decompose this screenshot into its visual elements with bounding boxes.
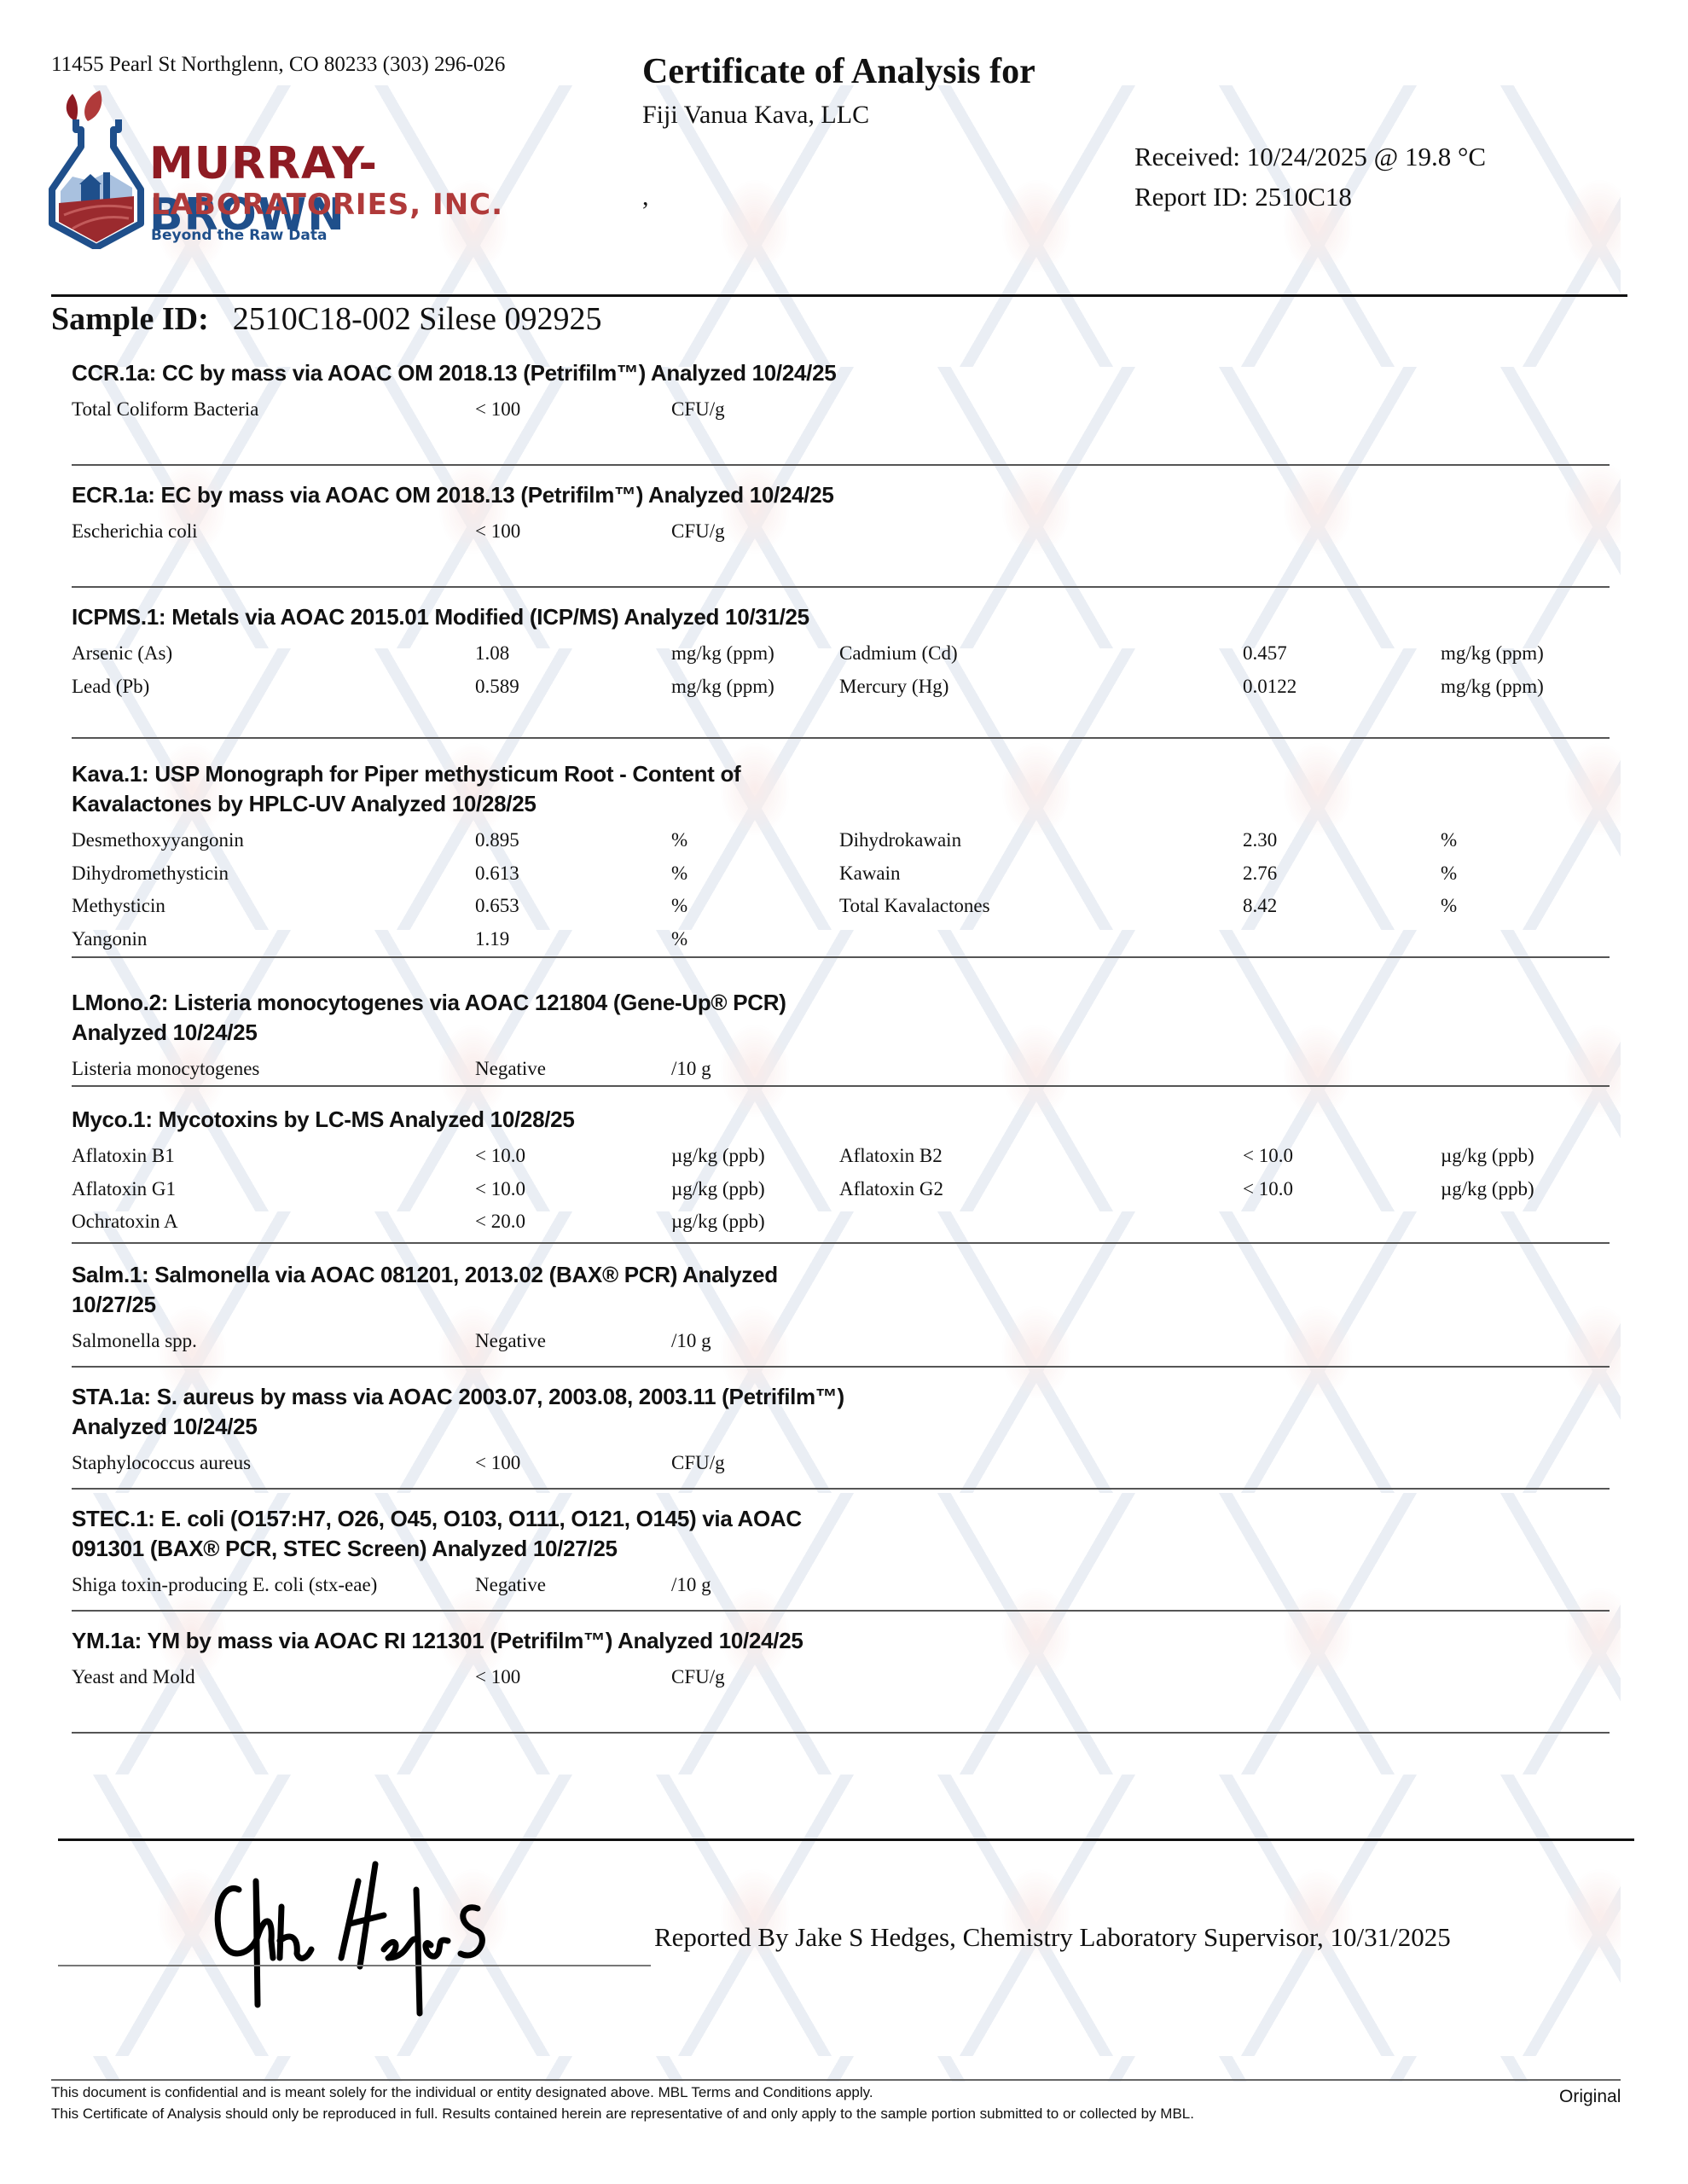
signature-line: [58, 1965, 651, 1966]
analyte-name: Total Kavalactones: [839, 890, 990, 923]
result-row: Salmonella spp.Negative/10 g: [72, 1325, 1607, 1358]
analyte-name: Mercury (Hg): [839, 671, 948, 704]
analyte-name: Escherichia coli: [72, 515, 198, 549]
analyte-name: Shiga toxin-producing E. coli (stx-eae): [72, 1569, 377, 1602]
result-value: 8.42: [1243, 890, 1277, 923]
result-unit: µg/kg (ppb): [671, 1140, 765, 1173]
reported-by: Reported By Jake S Hedges, Chemistry Lab…: [654, 1922, 1451, 1953]
test-section: ICPMS.1: Metals via AOAC 2015.01 Modifie…: [72, 602, 1607, 703]
test-section: CCR.1a: CC by mass via AOAC OM 2018.13 (…: [72, 358, 1607, 427]
test-section: Myco.1: Mycotoxins by LC-MS Analyzed 10/…: [72, 1105, 1607, 1239]
company-logo: MURRAY-BROWN LABORATORIES, INC. Beyond t…: [47, 87, 559, 249]
result-row: Dihydromethysticin0.613%Kawain2.76%: [72, 857, 1607, 891]
result-value: < 100: [475, 1661, 520, 1694]
document-status: Original: [1559, 2087, 1621, 2107]
test-method-heading: LMono.2: Listeria monocytogenes via AOAC…: [72, 988, 856, 1048]
lab-address: 11455 Pearl St Northglenn, CO 80233 (303…: [51, 53, 505, 77]
result-unit: %: [671, 857, 687, 891]
result-rows: Shiga toxin-producing E. coli (stx-eae)N…: [72, 1569, 1607, 1602]
analyte-name: Dihydrokawain: [839, 824, 961, 857]
result-value: < 10.0: [475, 1140, 525, 1173]
flask-farm-logo-icon: [47, 87, 149, 249]
sample-id-value: 2510C18-002 Silese 092925: [233, 301, 602, 337]
section-divider: [72, 956, 1610, 958]
analyte-name: Total Coliform Bacteria: [72, 393, 258, 427]
result-row: Ochratoxin A< 20.0µg/kg (ppb): [72, 1205, 1607, 1239]
result-rows: Total Coliform Bacteria< 100CFU/g: [72, 393, 1607, 427]
result-row: Yeast and Mold< 100CFU/g: [72, 1661, 1607, 1694]
result-rows: Desmethoxyyangonin0.895%Dihydrokawain2.3…: [72, 824, 1607, 955]
result-row: Escherichia coli< 100CFU/g: [72, 515, 1607, 549]
section-divider: [72, 1366, 1610, 1368]
section-divider: [72, 1732, 1610, 1734]
result-value: 2.76: [1243, 857, 1277, 891]
result-rows: Yeast and Mold< 100CFU/g: [72, 1661, 1607, 1694]
logo-subtitle: LABORATORIES, INC.: [151, 188, 503, 222]
result-rows: Aflatoxin B1< 10.0µg/kg (ppb)Aflatoxin B…: [72, 1140, 1607, 1239]
result-value: 0.653: [475, 890, 519, 923]
result-row: Lead (Pb)0.589mg/kg (ppm)Mercury (Hg)0.0…: [72, 671, 1607, 704]
report-id: Report ID: 2510C18: [1134, 182, 1352, 212]
result-value: < 100: [475, 393, 520, 427]
result-rows: Listeria monocytogenesNegative/10 g: [72, 1053, 1607, 1086]
result-value: < 100: [475, 515, 520, 549]
section-divider: [72, 737, 1610, 739]
analyte-name: Aflatoxin G2: [839, 1173, 943, 1206]
test-method-heading: Kava.1: USP Monograph for Piper methysti…: [72, 759, 856, 819]
analyte-name: Aflatoxin B1: [72, 1140, 175, 1173]
signature-icon: [205, 1856, 529, 2018]
result-value: Negative: [475, 1053, 546, 1086]
section-divider: [72, 1488, 1610, 1490]
result-unit: /10 g: [671, 1569, 711, 1602]
result-unit: CFU/g: [671, 393, 725, 427]
result-unit: %: [1441, 857, 1457, 891]
result-value: < 100: [475, 1447, 520, 1480]
client-name: Fiji Vanua Kava, LLC: [642, 101, 869, 130]
result-rows: Salmonella spp.Negative/10 g: [72, 1325, 1607, 1358]
analyte-name: Yeast and Mold: [72, 1661, 195, 1694]
analyte-name: Ochratoxin A: [72, 1205, 178, 1239]
footer-reproduction: This Certificate of Analysis should only…: [51, 2106, 1194, 2123]
test-method-heading: ICPMS.1: Metals via AOAC 2015.01 Modifie…: [72, 602, 856, 632]
result-unit: %: [671, 890, 687, 923]
section-divider: [72, 1610, 1610, 1612]
result-row: Aflatoxin B1< 10.0µg/kg (ppb)Aflatoxin B…: [72, 1140, 1607, 1173]
section-divider: [72, 1085, 1610, 1087]
test-method-heading: STEC.1: E. coli (O157:H7, O26, O45, O103…: [72, 1504, 856, 1564]
signoff-divider: [58, 1838, 1634, 1841]
result-unit: CFU/g: [671, 1447, 725, 1480]
analyte-name: Methysticin: [72, 890, 165, 923]
test-method-heading: STA.1a: S. aureus by mass via AOAC 2003.…: [72, 1382, 856, 1442]
sample-id: Sample ID:2510C18-002 Silese 092925: [51, 300, 602, 338]
analyte-name: Yangonin: [72, 923, 147, 956]
footer-divider: [51, 2079, 1621, 2081]
result-value: Negative: [475, 1325, 546, 1358]
result-value: 1.08: [475, 637, 509, 671]
received-info: Received: 10/24/2025 @ 19.8 °C: [1134, 142, 1486, 172]
result-value: 0.0122: [1243, 671, 1296, 704]
result-row: Listeria monocytogenesNegative/10 g: [72, 1053, 1607, 1086]
result-unit: CFU/g: [671, 1661, 725, 1694]
result-row: Desmethoxyyangonin0.895%Dihydrokawain2.3…: [72, 824, 1607, 857]
result-unit: CFU/g: [671, 515, 725, 549]
result-value: Negative: [475, 1569, 546, 1602]
logo-tagline: Beyond the Raw Data: [151, 227, 327, 244]
result-rows: Arsenic (As)1.08mg/kg (ppm)Cadmium (Cd)0…: [72, 637, 1607, 703]
sample-id-label: Sample ID:: [51, 301, 209, 337]
result-value: 0.613: [475, 857, 519, 891]
client-address: ,: [642, 183, 649, 212]
analyte-name: Cadmium (Cd): [839, 637, 958, 671]
result-unit: /10 g: [671, 1325, 711, 1358]
test-section: STA.1a: S. aureus by mass via AOAC 2003.…: [72, 1382, 1607, 1480]
analyte-name: Listeria monocytogenes: [72, 1053, 259, 1086]
analyte-name: Dihydromethysticin: [72, 857, 229, 891]
result-unit: %: [1441, 890, 1457, 923]
analyte-name: Kawain: [839, 857, 901, 891]
section-divider: [72, 464, 1610, 466]
result-unit: µg/kg (ppb): [1441, 1140, 1534, 1173]
result-rows: Escherichia coli< 100CFU/g: [72, 515, 1607, 549]
result-value: < 20.0: [475, 1205, 525, 1239]
result-unit: µg/kg (ppb): [1441, 1173, 1534, 1206]
result-unit: %: [1441, 824, 1457, 857]
analyte-name: Salmonella spp.: [72, 1325, 197, 1358]
result-value: < 10.0: [1243, 1140, 1293, 1173]
section-divider: [72, 1242, 1610, 1244]
result-value: < 10.0: [1243, 1173, 1293, 1206]
test-section: ECR.1a: EC by mass via AOAC OM 2018.13 (…: [72, 480, 1607, 549]
analyte-name: Aflatoxin G1: [72, 1173, 176, 1206]
result-value: 0.589: [475, 671, 519, 704]
result-unit: mg/kg (ppm): [671, 671, 774, 704]
footer-confidential: This document is confidential and is mea…: [51, 2084, 873, 2101]
header-divider: [51, 294, 1627, 297]
test-method-heading: Salm.1: Salmonella via AOAC 081201, 2013…: [72, 1260, 856, 1320]
result-row: Arsenic (As)1.08mg/kg (ppm)Cadmium (Cd)0…: [72, 637, 1607, 671]
result-row: Staphylococcus aureus< 100CFU/g: [72, 1447, 1607, 1480]
test-section: YM.1a: YM by mass via AOAC RI 121301 (Pe…: [72, 1626, 1607, 1694]
result-unit: µg/kg (ppb): [671, 1205, 765, 1239]
result-value: < 10.0: [475, 1173, 525, 1206]
result-value: 0.457: [1243, 637, 1287, 671]
analyte-name: Aflatoxin B2: [839, 1140, 943, 1173]
result-row: Methysticin0.653%Total Kavalactones8.42%: [72, 890, 1607, 923]
test-method-heading: ECR.1a: EC by mass via AOAC OM 2018.13 (…: [72, 480, 856, 510]
analyte-name: Arsenic (As): [72, 637, 172, 671]
analyte-name: Staphylococcus aureus: [72, 1447, 251, 1480]
result-unit: mg/kg (ppm): [1441, 637, 1544, 671]
result-value: 2.30: [1243, 824, 1277, 857]
analyte-name: Lead (Pb): [72, 671, 149, 704]
result-unit: µg/kg (ppb): [671, 1173, 765, 1206]
test-method-heading: CCR.1a: CC by mass via AOAC OM 2018.13 (…: [72, 358, 856, 388]
test-section: STEC.1: E. coli (O157:H7, O26, O45, O103…: [72, 1504, 1607, 1602]
test-section: Kava.1: USP Monograph for Piper methysti…: [72, 759, 1607, 955]
result-row: Aflatoxin G1< 10.0µg/kg (ppb)Aflatoxin G…: [72, 1173, 1607, 1206]
certificate-title: Certificate of Analysis for: [642, 51, 1035, 92]
result-row: Shiga toxin-producing E. coli (stx-eae)N…: [72, 1569, 1607, 1602]
result-value: 1.19: [475, 923, 509, 956]
result-unit: mg/kg (ppm): [1441, 671, 1544, 704]
result-row: Yangonin1.19%: [72, 923, 1607, 956]
result-unit: mg/kg (ppm): [671, 637, 774, 671]
test-section: LMono.2: Listeria monocytogenes via AOAC…: [72, 988, 1607, 1086]
result-value: 0.895: [475, 824, 519, 857]
test-method-heading: YM.1a: YM by mass via AOAC RI 121301 (Pe…: [72, 1626, 856, 1656]
result-unit: %: [671, 824, 687, 857]
test-section: Salm.1: Salmonella via AOAC 081201, 2013…: [72, 1260, 1607, 1358]
result-unit: %: [671, 923, 687, 956]
test-method-heading: Myco.1: Mycotoxins by LC-MS Analyzed 10/…: [72, 1105, 856, 1135]
result-rows: Staphylococcus aureus< 100CFU/g: [72, 1447, 1607, 1480]
analyte-name: Desmethoxyyangonin: [72, 824, 244, 857]
result-unit: /10 g: [671, 1053, 711, 1086]
result-row: Total Coliform Bacteria< 100CFU/g: [72, 393, 1607, 427]
section-divider: [72, 586, 1610, 588]
